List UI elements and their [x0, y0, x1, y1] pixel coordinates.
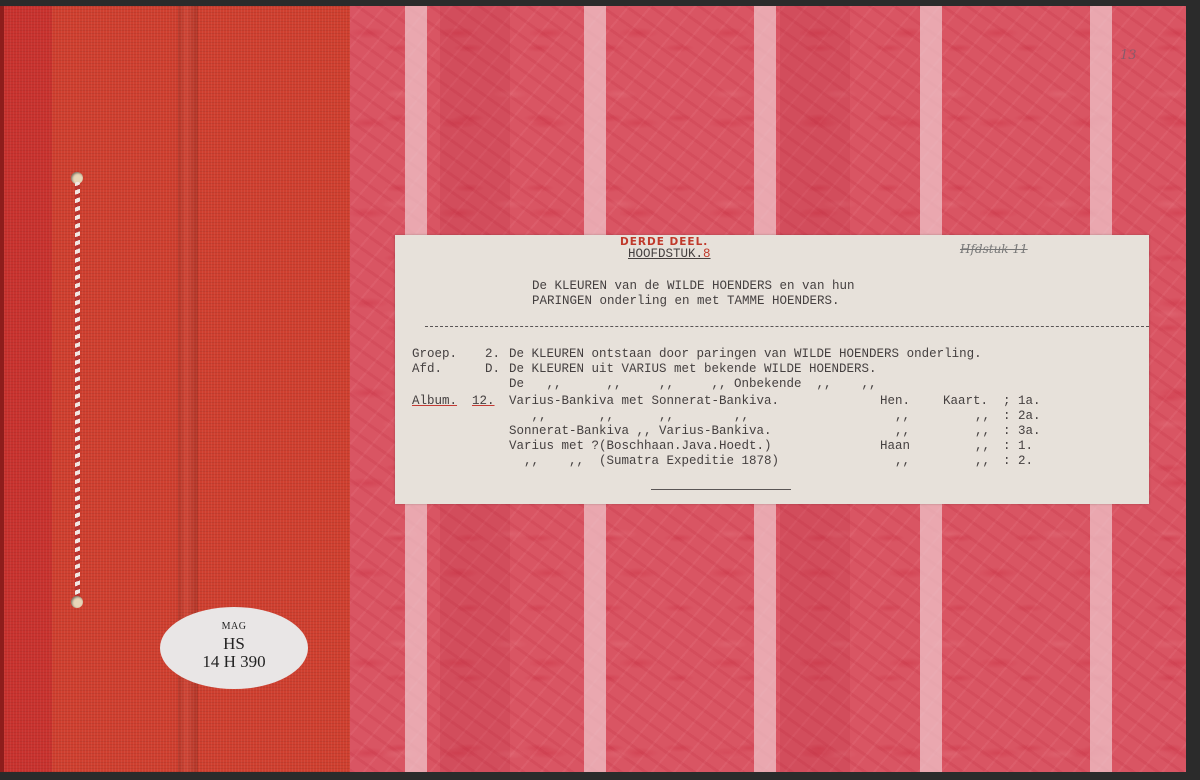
album-num: 12. — [472, 394, 495, 408]
typed-label: DERDE DEEL. HOOFDSTUK.8 Hfdstuk 11 De KL… — [395, 235, 1149, 504]
spine — [0, 6, 52, 772]
album-entry-kaart: : 1. — [1003, 439, 1033, 453]
row-groep-key: Groep. — [412, 347, 457, 361]
album-entry-kaart-label: ,, — [960, 439, 990, 453]
sticker-location: MAG — [160, 621, 308, 632]
binding-hole-bottom — [71, 596, 83, 608]
album-entry-sex: Haan — [880, 439, 910, 453]
row-groep-text: De KLEUREN ontstaan door paringen van WI… — [509, 347, 982, 361]
album-entry-kaart-label: ,, — [960, 454, 990, 468]
album-entry-sex: Hen. — [880, 394, 910, 408]
album-entry-kaart-value: 1a. — [1018, 394, 1041, 408]
title-line-1: De KLEUREN van de WILDE HOENDERS en van … — [532, 279, 855, 293]
album-entry-sex: ,, — [880, 454, 910, 468]
divider-rule — [425, 326, 1149, 328]
album-entry-kaart-label: ,, — [960, 424, 990, 438]
row-afd-text: De KLEUREN uit VARIUS met bekende WILDE … — [509, 362, 877, 376]
album-entry-kaart-label: Kaart. — [943, 394, 988, 408]
row-afd-num: D. — [485, 362, 500, 376]
closing-rule — [651, 489, 791, 491]
album-entry-desc: ,, ,, ,, ,, — [509, 409, 749, 423]
pencil-number: 13 — [1120, 48, 1137, 63]
binding-string — [75, 182, 80, 602]
album-entry-kaart: ; 1a. — [1003, 394, 1041, 408]
album-key: Album. — [412, 394, 457, 408]
album-entry-desc: Varius met ?(Boschhaan.Java.Hoedt.) — [509, 439, 772, 453]
album-entry-sex: ,, — [880, 409, 910, 423]
album-entry-kaart: : 2a. — [1003, 409, 1041, 423]
album-entry-kaart-label: ,, — [960, 409, 990, 423]
album-entry-kaart-value: 2. — [1018, 454, 1033, 468]
chapter-heading: HOOFDSTUK.8 — [628, 247, 711, 261]
sticker-collection: HS — [160, 635, 308, 653]
row-de-onbekende: De ,, ,, ,, ,, Onbekende ,, ,, — [509, 377, 877, 391]
struck-pencil-note: Hfdstuk 11 — [960, 242, 1028, 256]
album-entry-desc: ,, ,, (Sumatra Expeditie 1878) — [509, 454, 779, 468]
album-entry-kaart-value: 3a. — [1018, 424, 1041, 438]
album-entry-kaart-value: 1. — [1018, 439, 1033, 453]
album-entry-desc: Sonnerat-Bankiva ,, Varius-Bankiva. — [509, 424, 772, 438]
album-entry-kaart-value: 2a. — [1018, 409, 1041, 423]
album-entry-kaart: : 3a. — [1003, 424, 1041, 438]
sticker-shelfmark: 14 H 390 — [160, 653, 308, 671]
row-afd-key: Afd. — [412, 362, 442, 376]
album-entry-kaart: : 2. — [1003, 454, 1033, 468]
shelfmark-sticker: MAG HS 14 H 390 — [160, 607, 308, 689]
chapter-number: 8 — [703, 247, 711, 261]
album-entry-desc: Varius-Bankiva met Sonnerat-Bankiva. — [509, 394, 779, 408]
chapter-heading-text: HOOFDSTUK. — [628, 247, 703, 261]
album-entry-sex: ,, — [880, 424, 910, 438]
title-line-2: PARINGEN onderling en met TAMME HOENDERS… — [532, 294, 840, 308]
row-groep-num: 2. — [485, 347, 500, 361]
